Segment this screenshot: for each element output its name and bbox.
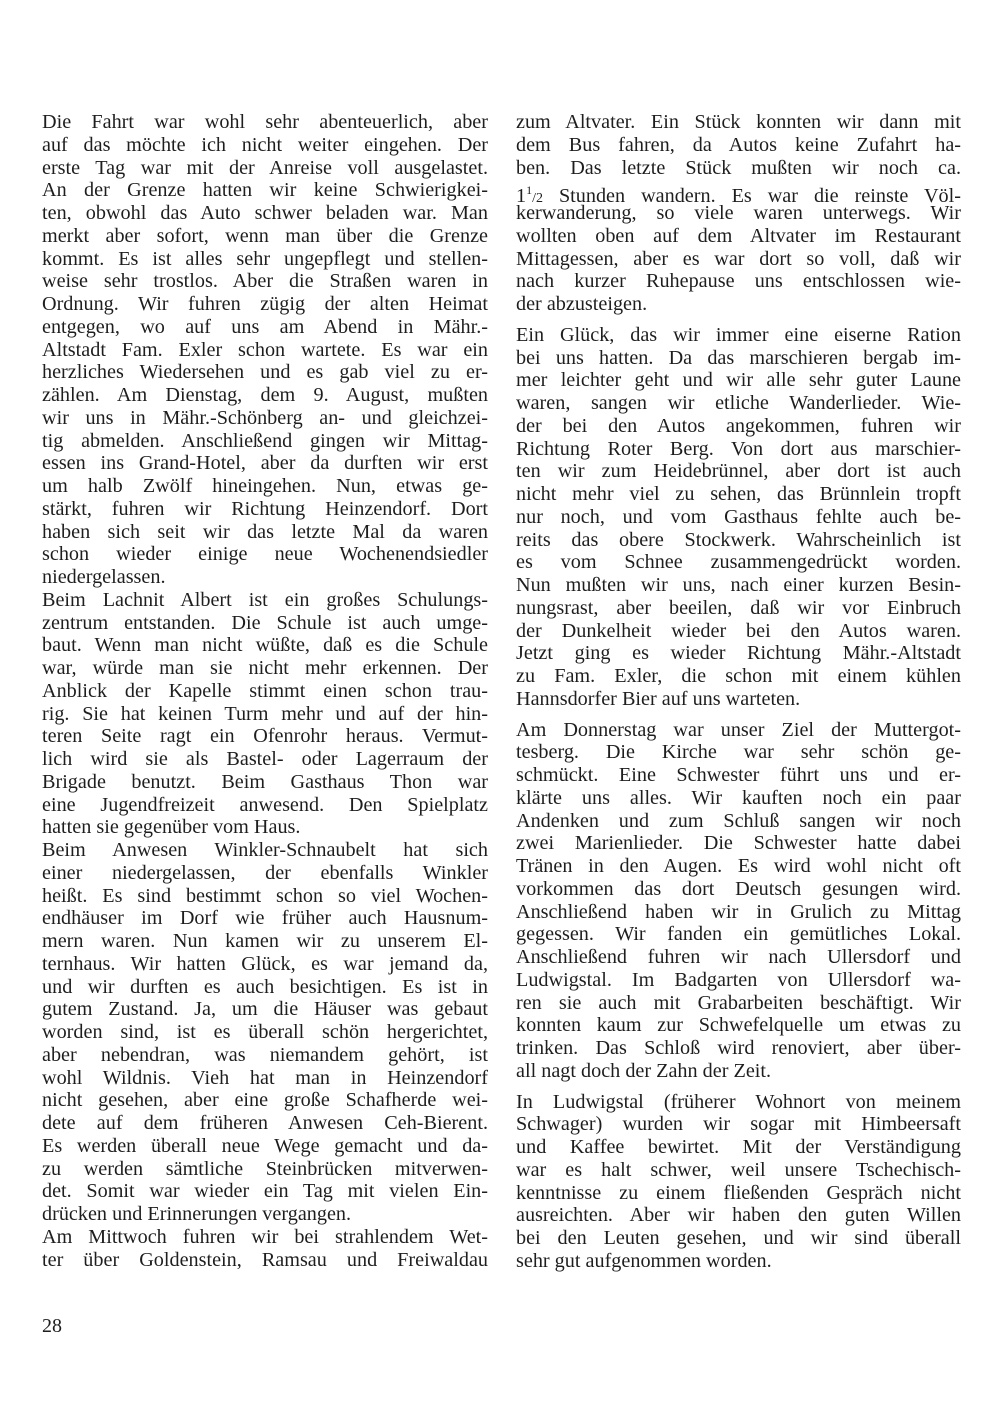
paragraph: Am Mittwoch fuhren wir bei strahlendem W… [42,1226,488,1272]
text-line: schon wieder einige neue Wochenendsiedle… [42,543,488,566]
text-line: bei den Leuten gesehen, und wir sind übe… [516,1227,961,1250]
text-line: bei uns hatten. Da das marschieren berga… [516,347,961,370]
text-line: ausreichten. Aber wir haben den guten Wi… [516,1204,961,1227]
text-line: wohl Wildnis. Vieh hat man in Heinzendor… [42,1067,488,1090]
text-line: Die Fahrt war wohl sehr abenteuerlich, a… [42,111,488,134]
text-line: war es halt schwer, weil unsere Tschechi… [516,1159,961,1182]
text-line: endhäuser im Dorf wie früher auch Hausnu… [42,907,488,930]
text-line: mer leichter geht und wir alle sehr gute… [516,369,961,392]
left-column: Die Fahrt war wohl sehr abenteuerlich, a… [42,111,488,1271]
text-line: essen ins Grand-Hotel, aber da durften w… [42,452,488,475]
text-line: Mittagessen, aber es war dort so voll, d… [516,248,961,271]
text-line: schmückt. Eine Schwester führt uns und e… [516,764,961,787]
paragraph: In Ludwigstal (früherer Wohnort von mein… [516,1091,961,1273]
text-line: merkt aber sofort, wenn man über die Gre… [42,225,488,248]
text-line: gegessen. Wir fanden ein gemütliches Lok… [516,923,961,946]
text-line: Beim Anwesen Winkler-Schnaubelt hat sich [42,839,488,862]
paragraph-gap [516,711,961,719]
text-line: Ludwigstal. Im Badgarten von Ullersdorf … [516,969,961,992]
text-line: stärkt, fuhren wir Richtung Heinzendorf.… [42,498,488,521]
text-line: wollten oben auf dem Altvater im Restaur… [516,225,961,248]
text-line: aber nebendran, was niemandem gehört, is… [42,1044,488,1067]
text-line: zwei Marienlieder. Die Schwester hatte d… [516,832,961,855]
text-line: tesberg. Die Kirche war sehr schön ge- [516,741,961,764]
text-line: Es werden überall neue Wege gemacht und … [42,1135,488,1158]
text-line: Jetzt ging es wieder Richtung Mähr.-Alts… [516,642,961,665]
text-line: In Ludwigstal (früherer Wohnort von mein… [516,1091,961,1114]
paragraph: Die Fahrt war wohl sehr abenteuerlich, a… [42,111,488,589]
text-line: wir uns in Mähr.-Schönberg an- und gleic… [42,407,488,430]
text-line: und wir durften es auch besichtigen. Es … [42,976,488,999]
text-line: der abzusteigen. [516,293,961,316]
text-line: rig. Sie hat keinen Turm mehr und auf de… [42,703,488,726]
text-line: baut. Wenn man nicht wüßte, daß es die S… [42,634,488,657]
text-line: nicht gesehen, aber eine große Schafherd… [42,1089,488,1112]
text-line: es vom Schnee zusammengedrückt worden. [516,551,961,574]
text-line: kommt. Es ist alles sehr ungepflegt und … [42,248,488,271]
text-line: kenntnisse zu einem fließenden Gespräch … [516,1182,961,1205]
text-line: Ordnung. Wir fuhren zügig der alten Heim… [42,293,488,316]
text-line: det. Somit war wieder ein Tag mit vielen… [42,1180,488,1203]
text-line: ternhaus. Wir hatten Glück, es war jeman… [42,953,488,976]
text-line: reits das obere Stockwerk. Wahrscheinlic… [516,529,961,552]
right-column: zum Altvater. Ein Stück konnten wir dann… [516,111,961,1273]
text-line: all nagt doch der Zahn der Zeit. [516,1060,961,1083]
text-line: entgegen, wo auf uns am Abend in Mähr.- [42,316,488,339]
text-line: gutem Zustand. Ja, um die Häuser was geb… [42,998,488,1021]
text-line: Am Mittwoch fuhren wir bei strahlendem W… [42,1226,488,1249]
text-line: Tränen in den Augen. Es wird wohl nicht … [516,855,961,878]
text-line: ben. Das letzte Stück mußten wir noch ca… [516,157,961,180]
text-line: konnten kaum zur Schwefelquelle um etwas… [516,1014,961,1037]
text-line: Schwager) wurden wir sogar mit Himbeersa… [516,1113,961,1136]
text-line: Am Donnerstag war unser Ziel der Mutterg… [516,719,961,742]
paragraph-gap [516,1083,961,1091]
text-line: der bei den Autos angekommen, fuhren wir [516,415,961,438]
text-line: hatten sie gegenüber vom Haus. [42,816,488,839]
text-line: worden sind, ist es überall schön herger… [42,1021,488,1044]
text-line: zu werden sämtliche Steinbrücken mitverw… [42,1158,488,1181]
text-line: haben sich seit wir das letzte Mal da wa… [42,521,488,544]
text-line: kerwanderung, so viele waren unterwegs. … [516,202,961,225]
text-line: nicht mehr viel zu sehen, das Brünnlein … [516,483,961,506]
text-line: zählen. Am Dienstag, dem 9. August, mußt… [42,384,488,407]
text-line: einer niedergelassen, der ebenfalls Wink… [42,862,488,885]
text-line: Nun mußten wir uns, nach einer kurzen Be… [516,574,961,597]
text-line: der Dunkelheit wieder bei den Autos ware… [516,620,961,643]
text-line: 11/2 Stunden wandern. Es war die reinste… [516,179,961,202]
paragraph: Beim Anwesen Winkler-Schnaubelt hat sich… [42,839,488,1226]
text-line: weise sehr trostlos. Aber die Straßen wa… [42,270,488,293]
text-line: waren, sangen wir etliche Wanderlieder. … [516,392,961,415]
page-number: 28 [42,1315,62,1337]
text-line: mern waren. Nun kamen wir zu unserem El- [42,930,488,953]
text-line: Anblick der Kapelle stimmt einen schon t… [42,680,488,703]
text-line: war, würde man sie nicht mehr erkennen. … [42,657,488,680]
text-line: Anschließend haben wir in Grulich zu Mit… [516,901,961,924]
text-line: lich wird sie als Bastel- oder Lagerraum… [42,748,488,771]
paragraph: zum Altvater. Ein Stück konnten wir dann… [516,111,961,316]
text-line: Richtung Roter Berg. Von dort aus marsch… [516,438,961,461]
text-line: und Kaffee bewirtet. Mit der Verständigu… [516,1136,961,1159]
text-line: ter über Goldenstein, Ramsau und Freiwal… [42,1249,488,1272]
text-line: klärte uns alles. Wir kauften noch ein p… [516,787,961,810]
text-line: Hannsdorfer Bier auf uns warteten. [516,688,961,711]
text-line: erste Tag war mit der Anreise voll ausge… [42,157,488,180]
text-line: zu Fam. Exler, die schon mit einem kühle… [516,665,961,688]
text-line: nach kurzer Ruhepause uns entschlossen w… [516,270,961,293]
text-line: Brigade benutzt. Beim Gasthaus Thon war [42,771,488,794]
text-line: eine Jugendfreizeit anwesend. Den Spielp… [42,794,488,817]
paragraph-gap [516,316,961,324]
text-line: heißt. Es sind bestimmt schon so viel Wo… [42,885,488,908]
text-line: dem Bus fahren, da Autos keine Zufahrt h… [516,134,961,157]
paragraph: Am Donnerstag war unser Ziel der Mutterg… [516,719,961,1083]
text-line: sehr gut aufgenommen worden. [516,1250,961,1273]
text-line: nungsrast, aber beeilen, daß wir vor Ein… [516,597,961,620]
text-line: herzliches Wiedersehen und es gab viel z… [42,361,488,384]
text-line: teren Seite ragt ein Ofenrohr heraus. Ve… [42,725,488,748]
paragraph: Beim Lachnit Albert ist ein großes Schul… [42,589,488,839]
text-line: nur noch, und vom Gasthaus fehlte auch b… [516,506,961,529]
text-line: um halb Zwölf hineingehen. Nun, etwas ge… [42,475,488,498]
text-line: dete auf dem früheren Anwesen Ceh-Bieren… [42,1112,488,1135]
text-line: Andenken und zum Schluß sangen wir noch [516,810,961,833]
paragraph: Ein Glück, das wir immer eine eiserne Ra… [516,324,961,711]
text-line: vorkommen das dort Deutsch gesungen wird… [516,878,961,901]
text-line: An der Grenze hatten wir keine Schwierig… [42,179,488,202]
text-line: auf das möchte ich nicht weiter eingehen… [42,134,488,157]
text-line: Ein Glück, das wir immer eine eiserne Ra… [516,324,961,347]
text-line: ren sie auch mit Grabarbeiten beschäftig… [516,992,961,1015]
text-line: ten wir zum Heidebrünnel, aber dort ist … [516,460,961,483]
text-line: zum Altvater. Ein Stück konnten wir dann… [516,111,961,134]
text-line: niedergelassen. [42,566,488,589]
text-line: Anschließend fuhren wir nach Ullersdorf … [516,946,961,969]
text-line: Altstadt Fam. Exler schon wartete. Es wa… [42,339,488,362]
text-line: tig abmelden. Anschließend gingen wir Mi… [42,430,488,453]
text-line: drücken und Erinnerungen vergangen. [42,1203,488,1226]
text-line: zentrum entstanden. Die Schule ist auch … [42,612,488,635]
text-line: ten, obwohl das Auto schwer beladen war.… [42,202,488,225]
text-line: Beim Lachnit Albert ist ein großes Schul… [42,589,488,612]
text-line: trinken. Das Schloß wird renoviert, aber… [516,1037,961,1060]
